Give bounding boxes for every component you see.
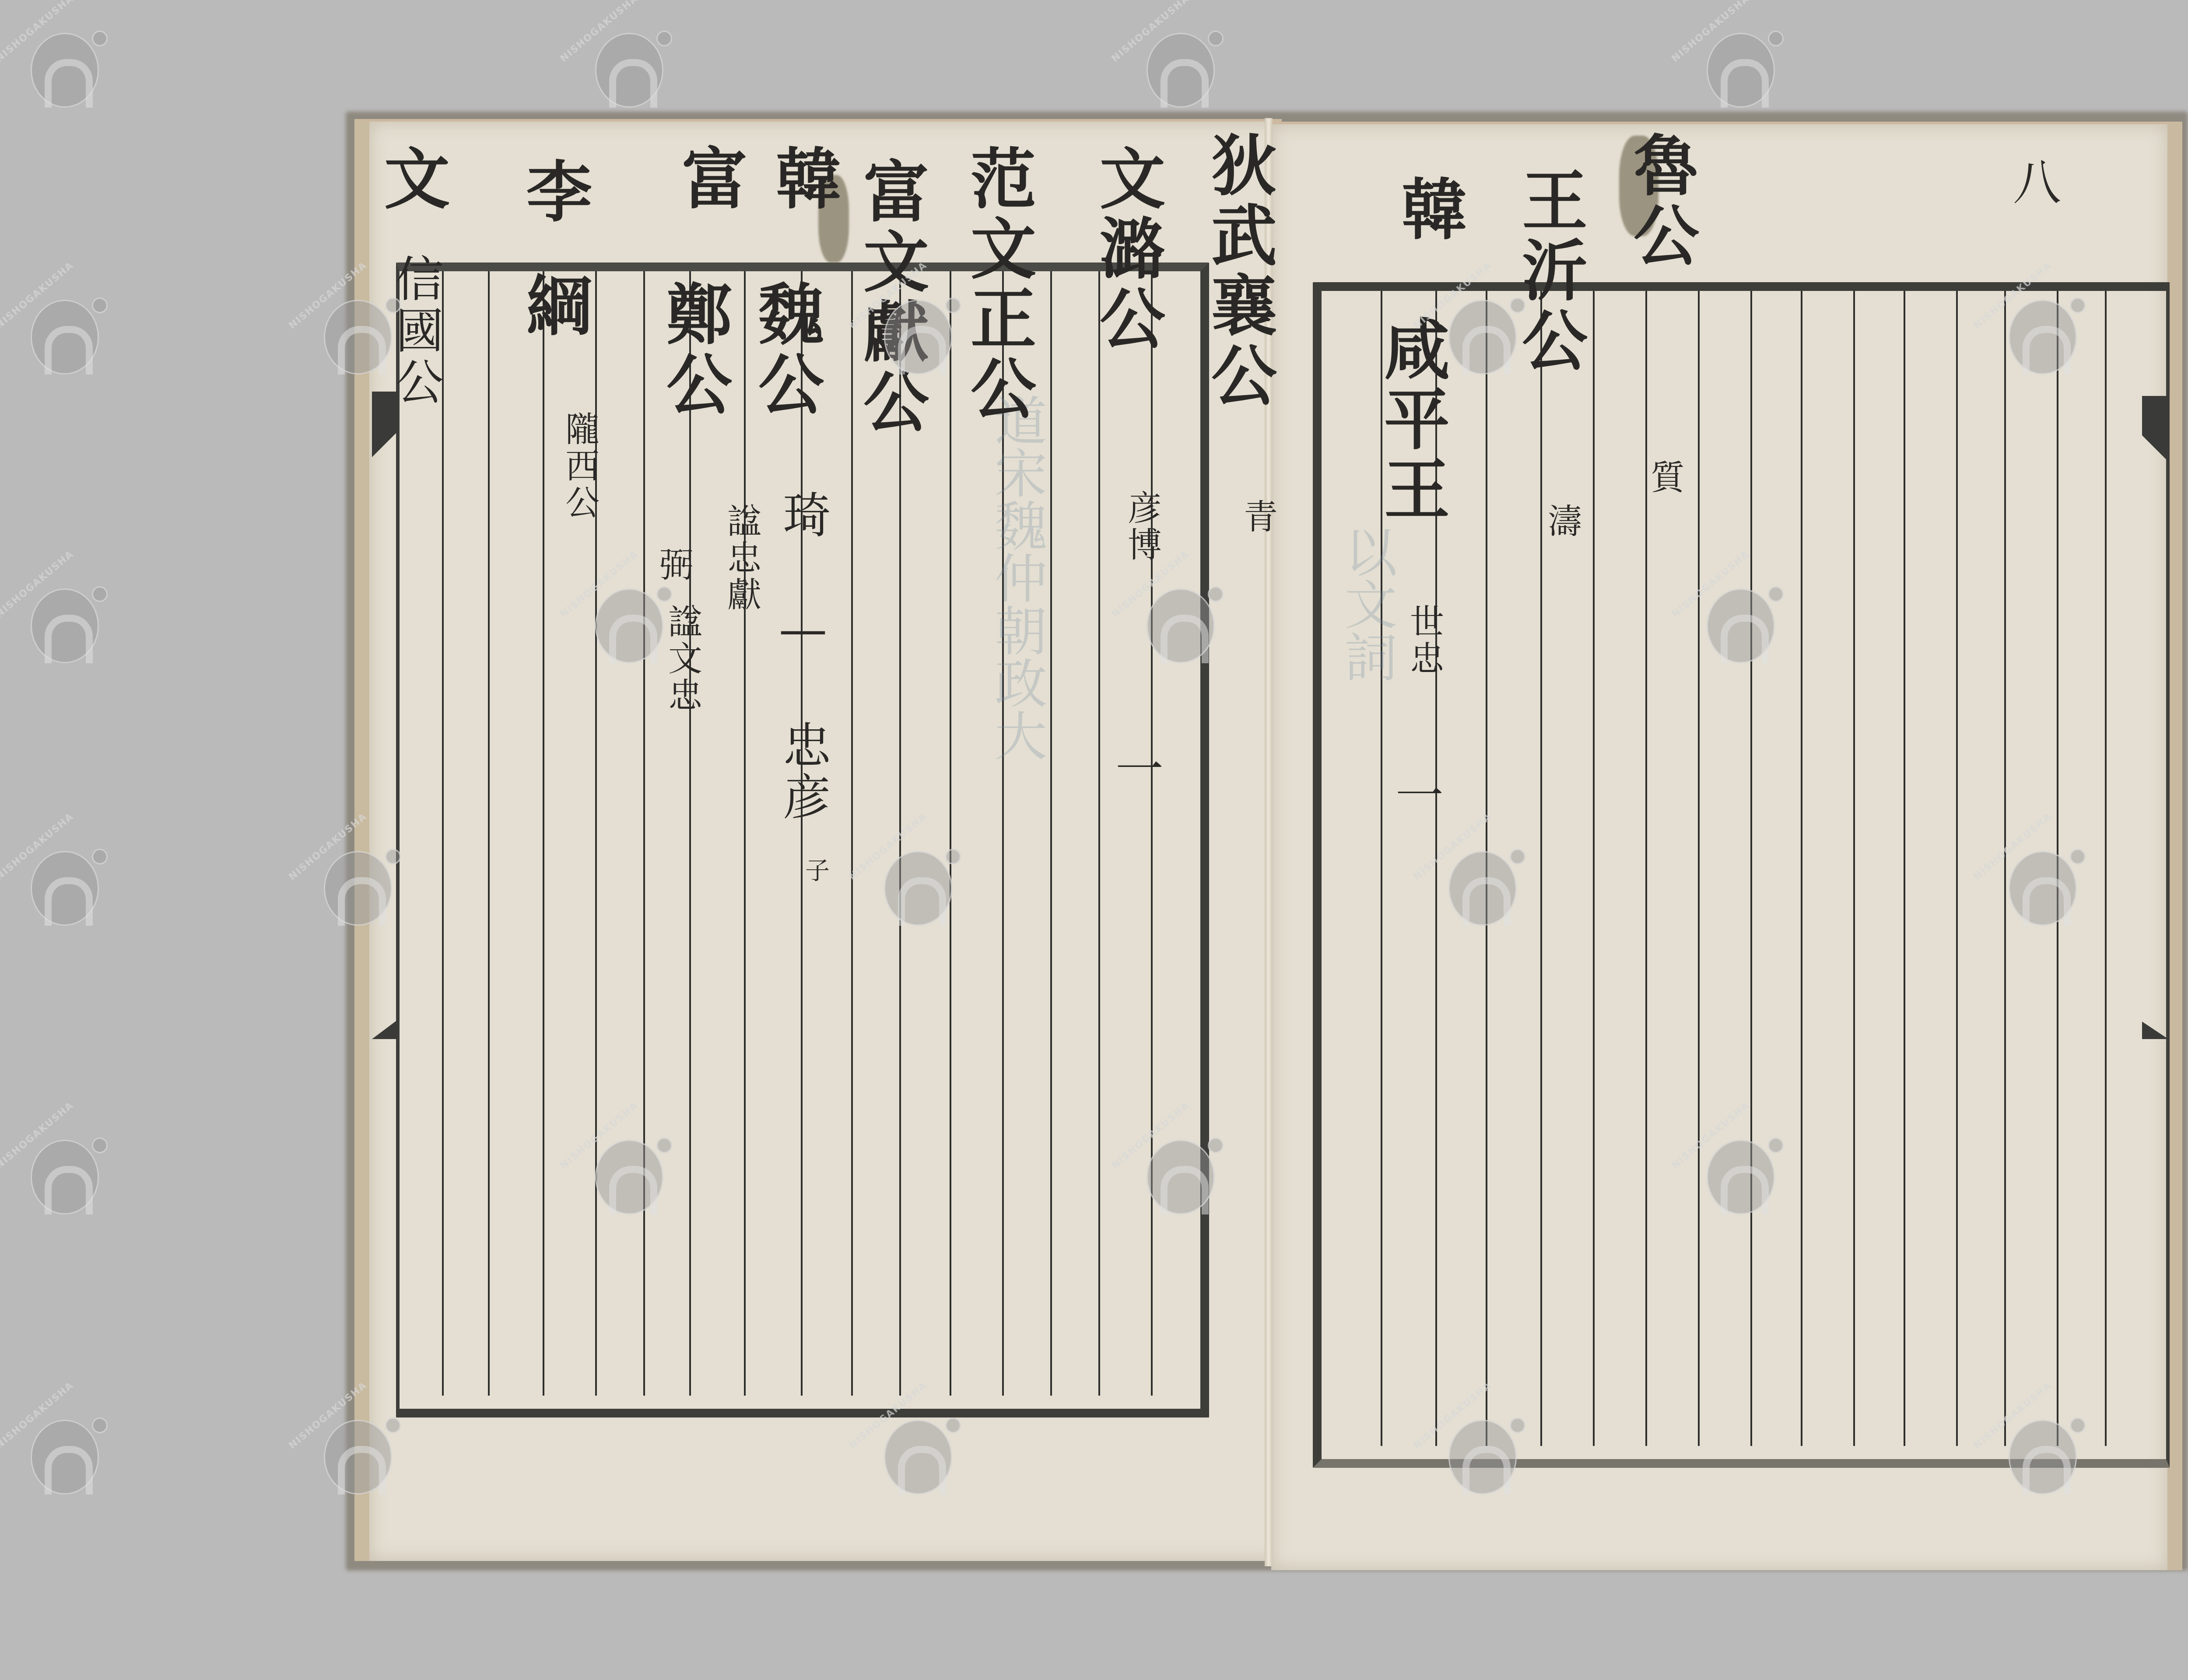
watermark-text: NISHOGAKUSHA (287, 260, 369, 331)
watermark-logo: NISHOGAKUSHA (582, 1120, 683, 1221)
watermark-logo: NISHOGAKUSHA (1133, 13, 1234, 114)
watermark-text: NISHOGAKUSHA (1412, 811, 1494, 882)
watermark-text: NISHOGAKUSHA (0, 260, 76, 331)
watermark-text: NISHOGAKUSHA (847, 811, 929, 882)
watermark-text: NISHOGAKUSHA (847, 1380, 929, 1451)
watermark-logo: NISHOGAKUSHA (582, 13, 683, 114)
watermark-text: NISHOGAKUSHA (558, 0, 641, 64)
watermark-text: NISHOGAKUSHA (1670, 1100, 1752, 1171)
watermark-text: NISHOGAKUSHA (847, 260, 929, 331)
watermark-text: NISHOGAKUSHA (287, 811, 369, 882)
watermark-logo: NISHOGAKUSHA (1133, 569, 1234, 669)
watermark-logo: NISHOGAKUSHA (18, 280, 118, 381)
watermark-logo: NISHOGAKUSHA (18, 831, 118, 932)
watermark-logo: NISHOGAKUSHA (311, 1400, 411, 1501)
watermark-text: NISHOGAKUSHA (0, 1380, 76, 1451)
watermark-text: NISHOGAKUSHA (0, 0, 76, 64)
watermark-text: NISHOGAKUSHA (1412, 1380, 1494, 1451)
watermark-logo: NISHOGAKUSHA (311, 831, 411, 932)
watermark-text: NISHOGAKUSHA (1670, 0, 1752, 64)
watermark-logo: NISHOGAKUSHA (18, 1120, 118, 1221)
watermark-logo: NISHOGAKUSHA (1435, 831, 1536, 932)
watermark-logo: NISHOGAKUSHA (582, 569, 683, 669)
watermark-logo: NISHOGAKUSHA (871, 1400, 971, 1501)
watermark-text: NISHOGAKUSHA (0, 549, 76, 620)
watermark-logo: NISHOGAKUSHA (871, 831, 971, 932)
watermark-text: NISHOGAKUSHA (0, 811, 76, 882)
watermark-text: NISHOGAKUSHA (1972, 260, 2054, 331)
watermark-logo: NISHOGAKUSHA (1435, 280, 1536, 381)
watermark-layer: NISHOGAKUSHANISHOGAKUSHANISHOGAKUSHANISH… (0, 0, 2188, 1680)
watermark-text: NISHOGAKUSHA (1972, 1380, 2054, 1451)
watermark-text: NISHOGAKUSHA (558, 549, 641, 620)
watermark-logo: NISHOGAKUSHA (1694, 569, 1794, 669)
watermark-text: NISHOGAKUSHA (0, 1100, 76, 1171)
watermark-logo: NISHOGAKUSHA (1995, 1400, 2096, 1501)
watermark-logo: NISHOGAKUSHA (18, 569, 118, 669)
watermark-text: NISHOGAKUSHA (1670, 549, 1752, 620)
watermark-text: NISHOGAKUSHA (1110, 549, 1192, 620)
watermark-logo: NISHOGAKUSHA (1694, 1120, 1794, 1221)
watermark-logo: NISHOGAKUSHA (871, 280, 971, 381)
watermark-logo: NISHOGAKUSHA (1435, 1400, 1536, 1501)
watermark-text: NISHOGAKUSHA (1972, 811, 2054, 882)
watermark-logo: NISHOGAKUSHA (18, 13, 118, 114)
watermark-logo: NISHOGAKUSHA (1995, 831, 2096, 932)
watermark-logo: NISHOGAKUSHA (1133, 1120, 1234, 1221)
watermark-text: NISHOGAKUSHA (1110, 0, 1192, 64)
watermark-logo: NISHOGAKUSHA (18, 1400, 118, 1501)
watermark-text: NISHOGAKUSHA (1412, 260, 1494, 331)
watermark-text: NISHOGAKUSHA (287, 1380, 369, 1451)
watermark-logo: NISHOGAKUSHA (1995, 280, 2096, 381)
watermark-logo: NISHOGAKUSHA (1694, 13, 1794, 114)
watermark-text: NISHOGAKUSHA (1110, 1100, 1192, 1171)
watermark-text: NISHOGAKUSHA (558, 1100, 641, 1171)
watermark-logo: NISHOGAKUSHA (311, 280, 411, 381)
